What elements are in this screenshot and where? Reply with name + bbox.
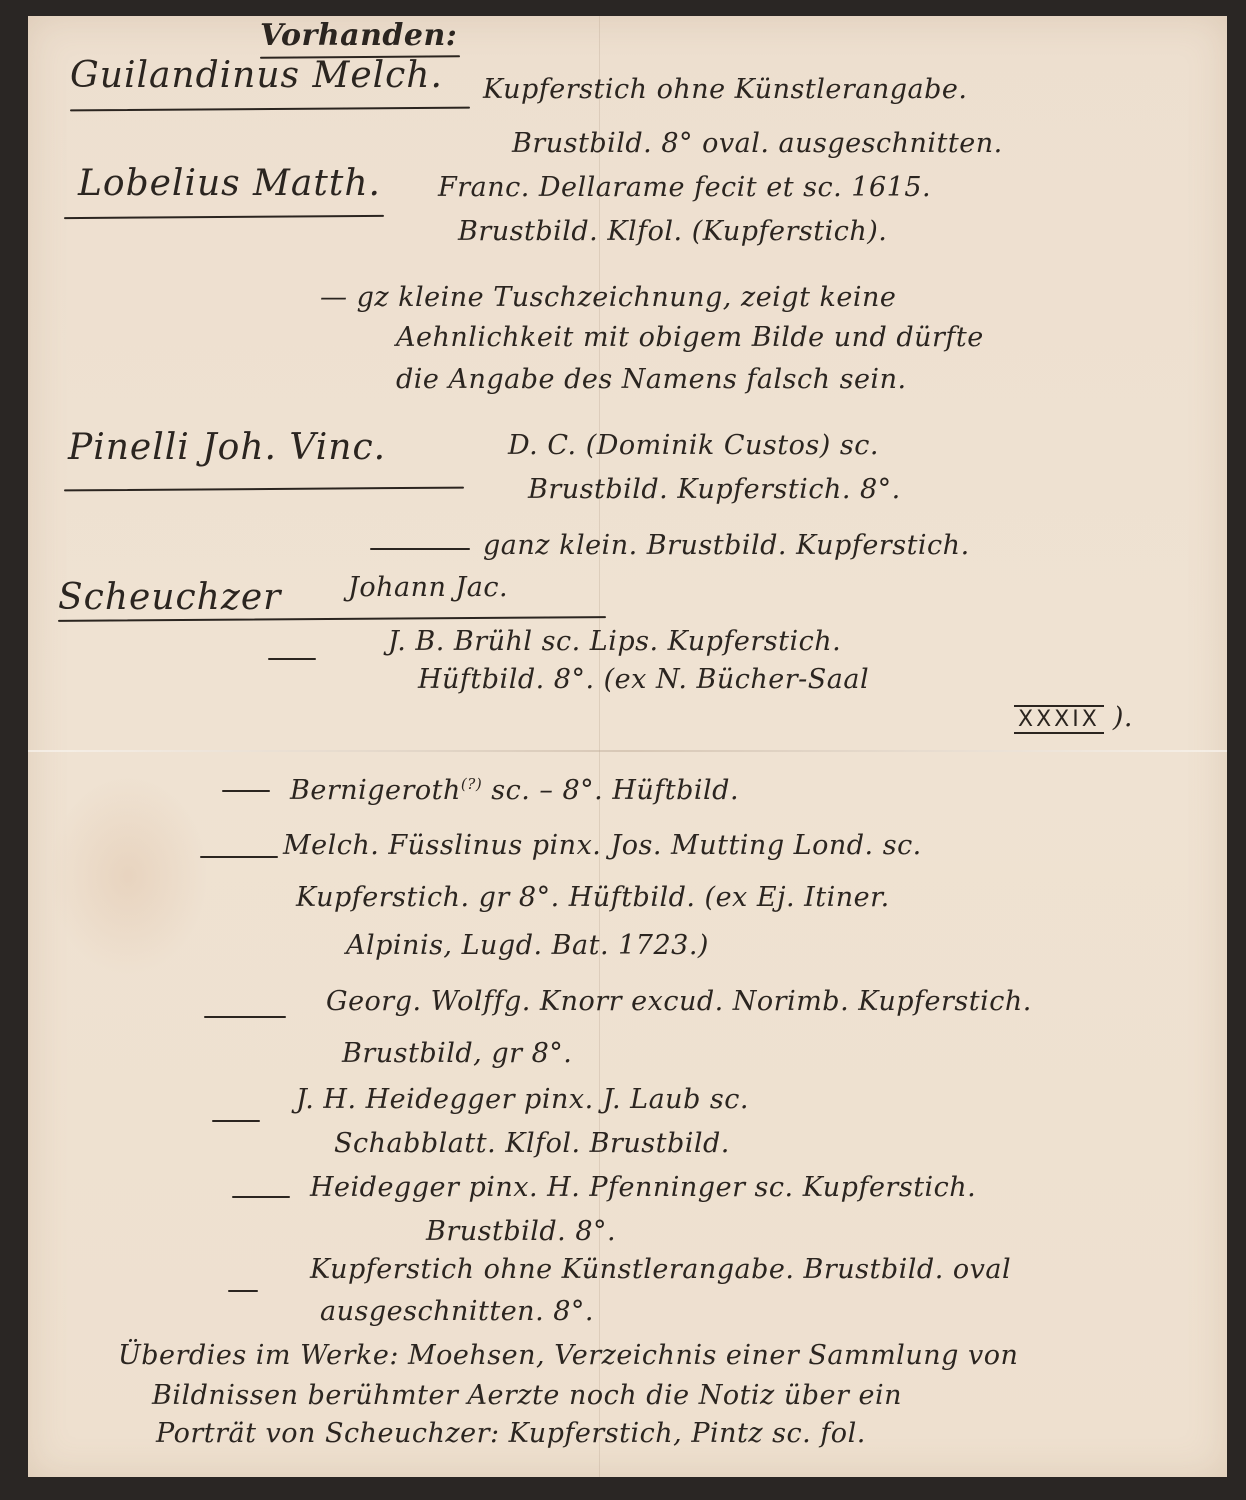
entry-sub-line: Brustbild, gr 8°. — [342, 1038, 572, 1070]
entry-name-scheuchzer: Scheuchzer — [58, 582, 281, 614]
entry-name-underline — [64, 487, 464, 492]
entry-line: Brustbild. Klfol. (Kupferstich). — [458, 216, 887, 248]
closing-paren: ). — [1113, 702, 1133, 733]
horizontal-fold-crease — [28, 750, 1227, 752]
continuation-dash — [268, 658, 316, 660]
footer-note-line: Überdies im Werke: Moehsen, Verzeichnis … — [118, 1340, 1018, 1372]
page-heading: Vorhanden: — [260, 20, 457, 52]
entry-line: Kupferstich ohne Künstlerangabe. — [483, 74, 967, 106]
uncertain-mark: (?) — [461, 775, 482, 793]
entry-name-pinelli: Pinelli Joh. Vinc. — [68, 432, 386, 464]
entry-sub-line: — gz kleine Tuschzeichnung, zeigt keine — [320, 282, 896, 314]
entry-sub-line: Brustbild. 8°. — [426, 1216, 616, 1248]
entry-sub-line: Melch. Füsslinus pinx. Jos. Mutting Lond… — [283, 830, 922, 862]
entry-line: Brustbild. Kupferstich. 8°. — [528, 474, 901, 506]
entry-sub-line: Alpinis, Lugd. Bat. 1723.) — [346, 930, 709, 962]
entry-sub-line: J. B. Brühl sc. Lips. Kupferstich. — [388, 626, 841, 658]
entry-sub-line: Kupferstich ohne Künstlerangabe. Brustbi… — [310, 1254, 1011, 1286]
footer-note-line: Porträt von Scheuchzer: Kupferstich, Pin… — [156, 1418, 866, 1450]
entry-name-underline — [70, 107, 470, 112]
entry-name-lobelius: Lobelius Matth. — [78, 168, 381, 200]
engraver-name: Bernigeroth — [290, 775, 461, 806]
entry-sub-line: ganz klein. Brustbild. Kupferstich. — [483, 530, 970, 562]
entry-name-underline — [64, 215, 384, 219]
entry-line: D. C. (Dominik Custos) sc. — [508, 430, 879, 462]
entry-sub-line: Georg. Wolffg. Knorr excud. Norimb. Kupf… — [326, 986, 1032, 1018]
engraver-detail: sc. – 8°. Hüftbild. — [491, 775, 739, 806]
paper-stain — [48, 776, 208, 976]
entry-name-suffix: Johann Jac. — [348, 572, 508, 604]
entry-sub-line: ausgeschnitten. 8°. — [320, 1296, 594, 1328]
continuation-dash — [370, 548, 470, 550]
entry-line: Franc. Dellarame fecit et sc. 1615. — [438, 172, 931, 204]
manuscript-page: Vorhanden: Guilandinus Melch. Kupferstic… — [28, 16, 1227, 1477]
entry-sub-line: Bernigeroth(?) sc. – 8°. Hüftbild. — [290, 768, 739, 807]
entry-sub-line: J. H. Heidegger pinx. J. Laub sc. — [296, 1084, 749, 1116]
entry-sub-line: Aehnlichkeit mit obigem Bilde und dürfte — [396, 322, 984, 354]
continuation-dash — [232, 1196, 290, 1198]
continuation-dash — [228, 1290, 258, 1292]
bucher-saal-volume: XXXIX ). — [1014, 702, 1133, 736]
entry-sub-line: Schabblatt. Klfol. Brustbild. — [334, 1128, 730, 1160]
continuation-dash — [204, 1016, 286, 1018]
continuation-dash — [212, 1120, 260, 1122]
entry-sub-line: Hüftbild. 8°. (ex N. Bücher-Saal — [418, 664, 869, 696]
continuation-dash — [222, 790, 270, 792]
entry-sub-line: die Angabe des Namens falsch sein. — [396, 364, 907, 396]
entry-name-guilandinus: Guilandinus Melch. — [70, 60, 443, 92]
continuation-dash — [200, 856, 278, 858]
entry-sub-line: Heidegger pinx. H. Pfenninger sc. Kupfer… — [310, 1172, 976, 1204]
volume-number: XXXIX — [1014, 705, 1104, 734]
footer-note-line: Bildnissen berühmter Aerzte noch die Not… — [152, 1380, 902, 1412]
entry-sub-line: Kupferstich. gr 8°. Hüftbild. (ex Ej. It… — [296, 882, 890, 914]
entry-line: Brustbild. 8° oval. ausgeschnitten. — [512, 128, 1003, 160]
